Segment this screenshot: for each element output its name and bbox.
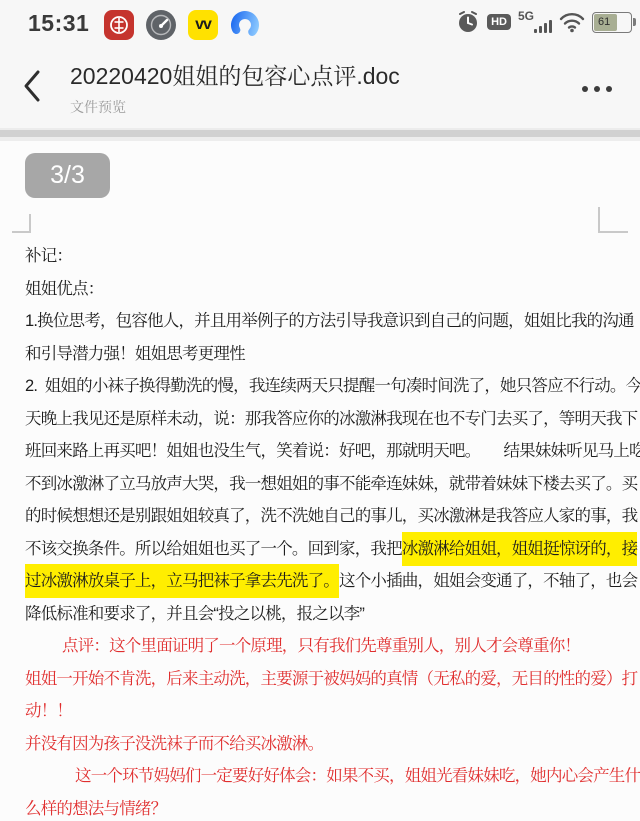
doc-line: 姐姐一开始不肯洗，后来主动洗，主要源于被妈妈的真情（无私的爱，无目的性的爱）打 [25,663,638,696]
text-segment: 天晚上我见还是原样未动，说：那我答应你的冰激淋我现在也不专门去买了，等明天我下 [25,410,637,428]
status-indicators: HD 5G 61 [456,0,632,44]
text-segment: 姐姐一开始不肯洗，后来主动洗，主要源于被妈妈的真情（无私的爱，无目的性的爱）打 [25,670,637,688]
document-title: 20220420姐姐的包容心点评.doc [70,58,540,91]
text-segment: 不到冰激淋了立马放声大哭，我一想姐姐的事不能牵连妹妹，就带着妹妹下楼去买了。买 [25,475,637,493]
battery-percent-label: 61 [593,16,631,28]
highlighted-text: 过冰激淋放桌子上，立马把袜子拿去先洗了。 [25,564,339,598]
text-segment: 1.换位思考，包容他人，并且用举例子的方法引导我意识到自己的问题，姐姐比我的沟通 [25,312,634,330]
doc-line: 2. 姐姐的小袜子换得勤洗的慢，我连续两天只提醒一句凑时间洗了，她只答应不行动。… [25,370,638,403]
text-segment: 降低标准和要求了，并且会“投之以桃，报之以李” [25,605,364,623]
doc-line: 和引导潜力强！姐姐思考更理性 [25,338,638,371]
doc-line: 并没有因为孩子没洗袜子而不给买冰激淋。 [25,728,638,761]
doc-line: 1.换位思考，包容他人，并且用举例子的方法引导我意识到自己的问题，姐姐比我的沟通 [25,305,638,338]
doc-line: 点评：这个里面证明了一个原理，只有我们先尊重别人，别人才会尊重你！ [25,630,638,663]
text-segment: 这个小插曲，姐姐会变通了，不轴了，也会 [339,572,637,590]
highlighted-text: 冰激淋给姐姐，姐姐挺惊讶的，接 [402,532,638,566]
network-type-label: 5G [518,9,534,23]
doc-line: 降低标准和要求了，并且会“投之以桃，报之以李” [25,598,638,631]
doc-line: 姐姐优点： [25,273,638,306]
crop-mark-left [12,214,31,233]
quark-browser-app-icon [230,10,260,40]
text-segment: 姐姐优点： [25,280,104,298]
text-segment: 不该交换条件。所以给姐姐也买了一个。回到家，我把 [25,540,402,558]
doc-line: 么样的想法与情绪？ [25,793,638,821]
speedometer-glyph [150,14,172,36]
signal-5g-icon: 5G [518,9,552,35]
wifi-icon [559,12,585,33]
battery-nub [633,18,636,26]
text-segment: 么样的想法与情绪？ [25,800,166,818]
doc-line: 不该交换条件。所以给姐姐也买了一个。回到家，我把冰激淋给姐姐，姐姐挺惊讶的，接 [25,533,638,566]
back-button[interactable] [22,66,50,106]
seal-glyph [108,14,130,36]
clock-time: 15:31 [28,10,89,37]
text-segment: 动！！ [25,702,72,720]
chevron-left-icon [22,69,42,103]
document-body: 补记：姐姐优点：1.换位思考，包容他人，并且用举例子的方法引导我意识到自己的问题… [25,240,638,821]
title-block: 20220420姐姐的包容心点评.doc 文件预览 [70,58,540,117]
doc-line: 班回来路上再买吧！姐姐也没生气，笑着说：好吧，那就明天吧。 结果妹妹听见马上吃 [25,435,638,468]
document-viewport[interactable]: 3/3 补记：姐姐优点：1.换位思考，包容他人，并且用举例子的方法引导我意识到自… [0,141,640,821]
text-segment: 2. 姐姐的小袜子换得勤洗的慢，我连续两天只提醒一句凑时间洗了，她只答应不行动。… [25,377,640,395]
doc-line: 动！！ [25,695,638,728]
vv-label: vv [195,16,211,34]
text-segment: 和引导潜力强！姐姐思考更理性 [25,345,245,363]
signal-bars-icon [534,20,552,33]
status-bar: 15:31 vv [0,0,640,44]
text-segment: 补记： [25,247,72,265]
more-menu-button[interactable] [580,80,614,98]
red-seal-app-icon [104,10,134,40]
gauge-app-icon [146,10,176,40]
doc-line: 补记： [25,240,638,273]
dot [594,86,600,92]
doc-line: 的时候想想还是别跟姐姐较真了，洗不洗她自己的事儿，买冰激淋是我答应人家的事，我 [25,500,638,533]
document-subtitle: 文件预览 [70,97,540,117]
hd-voice-icon: HD [487,14,511,30]
doc-line: 这一个环节妈妈们一定要好好体会：如果不买，姐姐光看妹妹吃，她内心会产生什 [25,760,638,793]
text-segment: 点评：这个里面证明了一个原理，只有我们先尊重别人，别人才会尊重你！ [62,637,580,655]
text-segment: 班回来路上再买吧！姐姐也没生气，笑着说：好吧，那就明天吧。 结果妹妹听见马上吃 [25,442,640,460]
header-divider [0,128,640,141]
doc-line: 天晚上我见还是原样未动，说：那我答应你的冰激淋我现在也不专门去买了，等明天我下 [25,403,638,436]
vv-app-icon: vv [188,10,218,40]
dot [606,86,612,92]
page-indicator-badge: 3/3 [25,153,110,198]
text-segment: 的时候想想还是别跟姐姐较真了，洗不洗她自己的事儿，买冰激淋是我答应人家的事，我 [25,507,637,525]
blue-swoosh-glyph [230,10,260,40]
text-segment: 并没有因为孩子没洗袜子而不给买冰激淋。 [25,735,323,753]
alarm-clock-icon [456,10,480,34]
doc-line: 过冰激淋放桌子上，立马把袜子拿去先洗了。这个小插曲，姐姐会变通了，不轴了，也会 [25,565,638,598]
doc-line: 不到冰激淋了立马放声大哭，我一想姐姐的事不能牵连妹妹，就带着妹妹下楼去买了。买 [25,468,638,501]
preview-header: 20220420姐姐的包容心点评.doc 文件预览 [0,44,640,128]
battery-icon: 61 [592,12,632,33]
dot [582,86,588,92]
text-segment: 这一个环节妈妈们一定要好好体会：如果不买，姐姐光看妹妹吃，她内心会产生什 [75,767,640,785]
crop-mark-right [598,207,628,233]
